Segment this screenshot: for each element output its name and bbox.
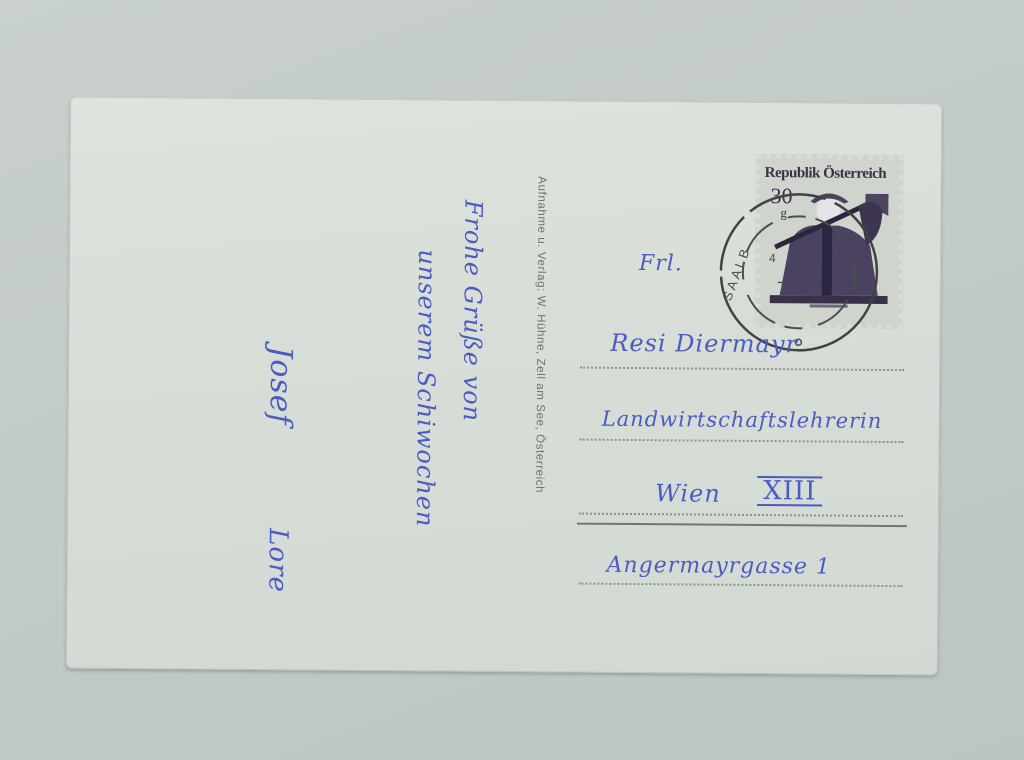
address-city: Wien: [655, 479, 721, 508]
address-line-2: [580, 439, 904, 444]
signature-1: Josef: [263, 346, 299, 426]
message-line-2: unserem Schiwochen: [411, 249, 441, 527]
address-street: Angermayrgasse 1: [606, 553, 831, 580]
address-name: Resi Diermayr: [610, 329, 798, 358]
publisher-imprint: Aufnahme u. Verlag: W. Hühne, Zell am Se…: [523, 176, 548, 576]
address-line-1: [580, 367, 904, 372]
svg-text:SAALB: SAALB: [719, 244, 753, 303]
postcard: Aufnahme u. Verlag: W. Hühne, Zell am Se…: [66, 97, 942, 676]
signature-2: Lore: [262, 528, 293, 593]
svg-text:4: 4: [769, 251, 776, 265]
stamp-country: Republik Österreich: [765, 165, 887, 183]
address-line-4: [578, 583, 902, 588]
message-line-1: Frohe Grüße von: [458, 200, 488, 423]
address-line-3: [579, 513, 903, 518]
address-district: XIII: [757, 476, 823, 507]
address-salutation: Frl.: [639, 251, 683, 276]
svg-text:7: 7: [777, 278, 787, 298]
address-title: Landwirtschaftslehrerin: [602, 407, 883, 433]
address-divider: [577, 523, 907, 528]
